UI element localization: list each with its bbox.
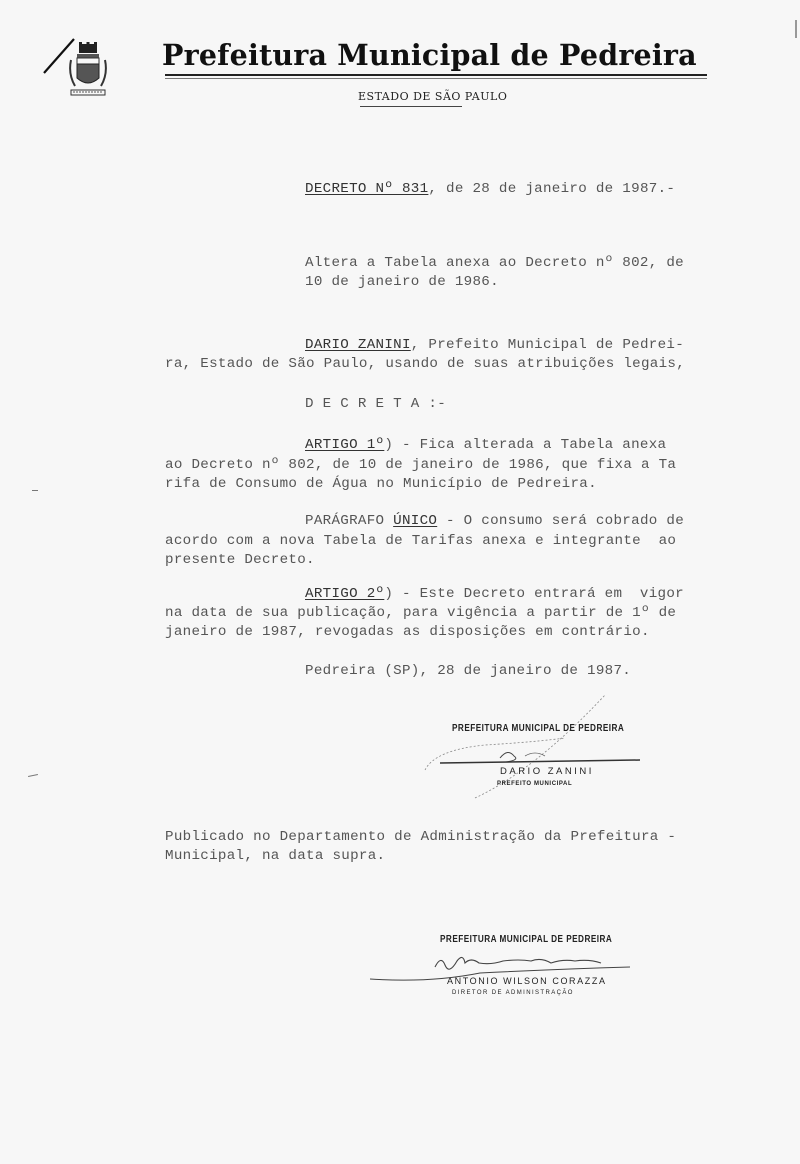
article-2-label: ARTIGO 2º	[305, 586, 384, 602]
article-1-line-1: ARTIGO 1º) - Fica alterada a Tabela anex…	[305, 436, 666, 455]
paragraph-label-unico: ÚNICO	[393, 513, 437, 529]
place-date: Pedreira (SP), 28 de janeiro de 1987.	[305, 662, 631, 681]
article-2-line-2: na data de sua publicação, para vigência…	[165, 604, 676, 623]
preamble-line-1: DARIO ZANINI, Prefeito Municipal de Pedr…	[305, 336, 684, 355]
summary-line-1: Altera a Tabela anexa ao Decreto nº 802,…	[305, 254, 684, 273]
director-stamp-header: PREFEITURA MUNICIPAL DE PEDREIRA	[440, 933, 612, 945]
paragraph-label: PARÁGRAFO	[305, 513, 393, 529]
header-rule-thin	[165, 78, 707, 79]
decreta-heading: D E C R E T A :-	[305, 395, 446, 414]
mayor-stamp-role: PREFEITO MUNICIPAL	[497, 781, 572, 787]
article-1-line-2: ao Decreto nº 802, de 10 de janeiro de 1…	[165, 456, 676, 475]
summary-line-2: 10 de janeiro de 1986.	[305, 273, 499, 292]
paragraph-line-3: presente Decreto.	[165, 551, 315, 570]
preamble-line-2: ra, Estado de São Paulo, usando de suas …	[165, 355, 685, 374]
article-1-label: ARTIGO 1º	[305, 437, 384, 453]
publication-line-2: Municipal, na data supra.	[165, 847, 385, 866]
preamble-text: , Prefeito Municipal de Pedrei-	[411, 337, 684, 353]
director-stamp-role: DIRETOR DE ADMINISTRAÇÃO	[452, 990, 574, 996]
mayor-name: DARIO ZANINI	[305, 337, 411, 353]
decree-date: , de 28 de janeiro de 1987.-	[428, 181, 675, 197]
decree-number: DECRETO Nº 831	[305, 181, 428, 197]
article-2-text: ) - Este Decreto entrará em vigor	[384, 586, 684, 602]
mayor-stamp-name: DARIO ZANINI	[500, 766, 594, 777]
article-1-text: ) - Fica alterada a Tabela anexa	[384, 437, 666, 453]
municipality-title: Prefeitura Municipal de Pedreira	[162, 38, 697, 72]
margin-tick	[795, 20, 797, 38]
signature-director-scribble	[370, 945, 640, 995]
article-2-line-1: ARTIGO 2º) - Este Decreto entrará em vig…	[305, 585, 684, 604]
scan-mark	[28, 774, 38, 777]
header-rule	[165, 74, 707, 76]
subtitle-rule	[360, 106, 462, 107]
publication-line-1: Publicado no Departamento de Administraç…	[165, 828, 676, 847]
paragraph-line-2: acordo com a nova Tabela de Tarifas anex…	[165, 532, 676, 551]
paragraph-line-1: PARÁGRAFO ÚNICO - O consumo será cobrado…	[305, 512, 684, 531]
article-2-line-3: janeiro de 1987, revogadas as disposiçõe…	[165, 623, 650, 642]
director-stamp-name: ANTONIO WILSON CORAZZA	[447, 976, 607, 986]
mayor-stamp-header: PREFEITURA MUNICIPAL DE PEDREIRA	[452, 722, 624, 734]
state-subtitle: ESTADO DE SÃO PAULO	[358, 90, 507, 103]
decree-heading: DECRETO Nº 831, de 28 de janeiro de 1987…	[305, 180, 675, 199]
article-1-line-3: rifa de Consumo de Água no Município de …	[165, 475, 597, 494]
paragraph-text: - O consumo será cobrado de	[437, 513, 684, 529]
municipal-coat-of-arms-icon	[67, 42, 109, 100]
scan-mark	[32, 490, 38, 491]
